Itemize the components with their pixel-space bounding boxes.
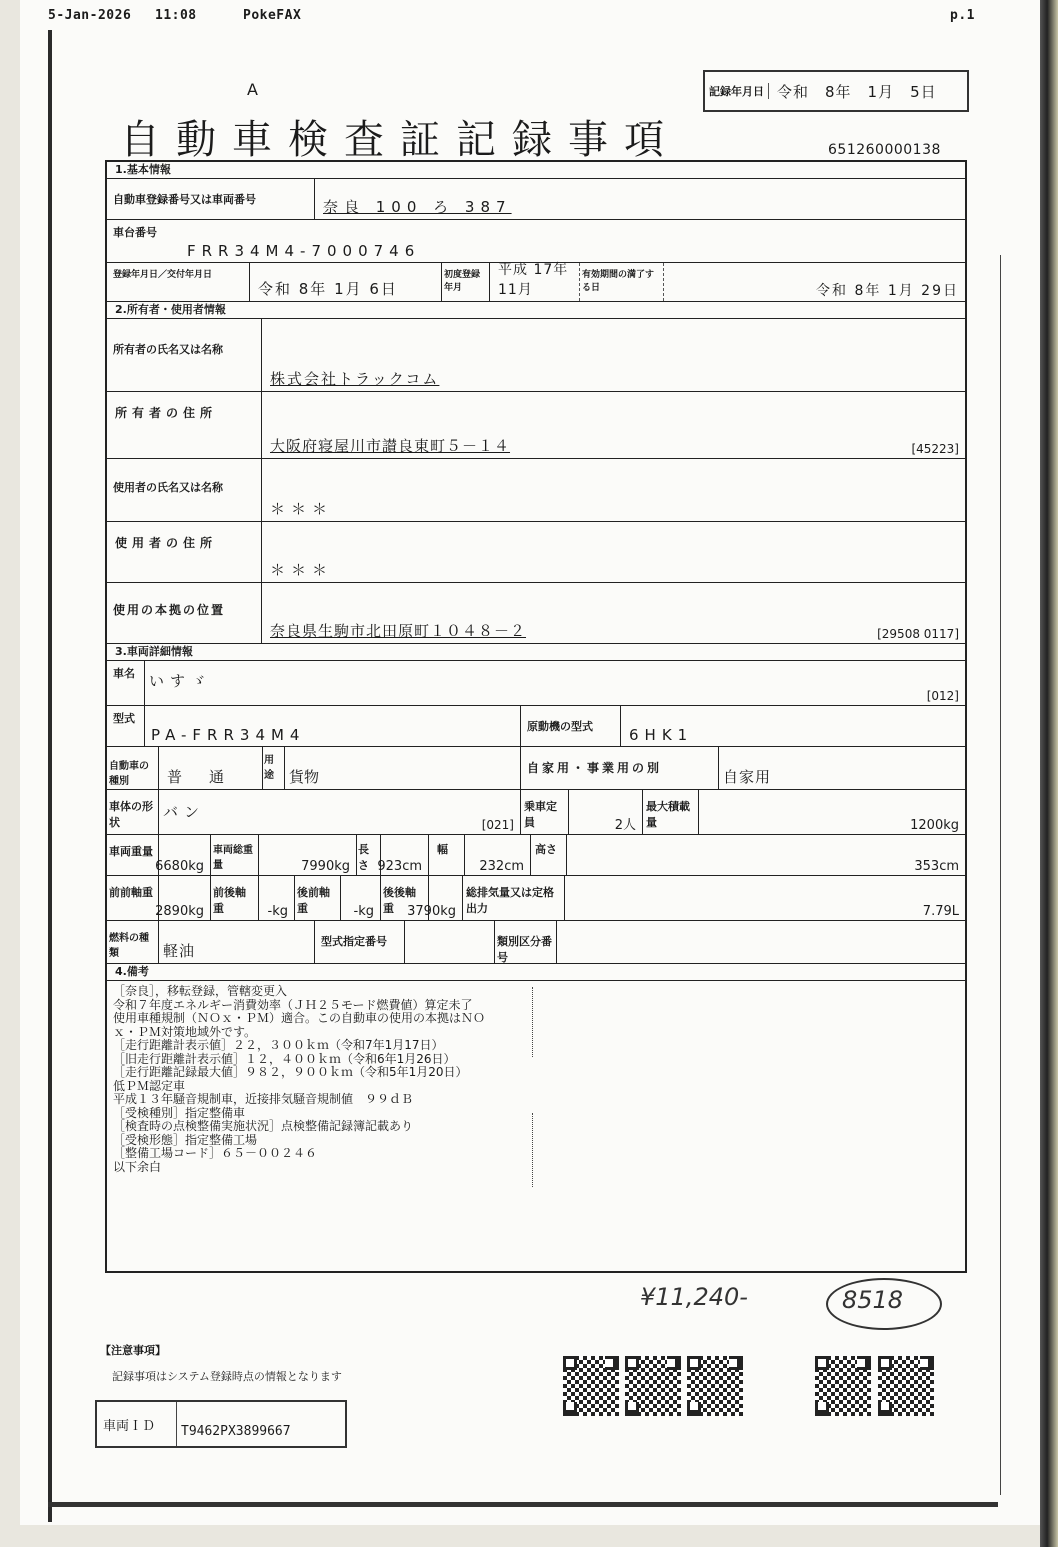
fuel-value: 軽油: [163, 940, 195, 961]
remark-line: 以下余白: [113, 1161, 485, 1175]
weight-size-row: 車両重量 6680kg 車両総重量 7990kg 長さ 923cm 幅 232c…: [107, 835, 965, 876]
remark-line: ［走行距離計表示値］２２，３００ｋｍ（令和7年1月17日）: [113, 1039, 485, 1053]
notes-heading: 【注意事項】: [100, 1342, 166, 1358]
car-name-value: いすゞ: [149, 670, 212, 691]
remark-line: ［検査時の点検整備実施状況］点検整備記録簿記載あり: [113, 1120, 485, 1134]
height-value: 353cm: [914, 859, 959, 874]
owner-address-value: 大阪府寝屋川市讃良東町５－１４: [270, 435, 510, 456]
model-label: 型式: [107, 706, 144, 730]
owner-name-row: 所有者の氏名又は名称 株式会社トラックコム: [107, 319, 965, 392]
private-business-value: 自家用: [723, 766, 771, 787]
remark-line: ｘ・ＰＭ対策地域外です。: [113, 1026, 485, 1040]
engine-value: 6HK1: [629, 726, 693, 744]
fuel-row: 燃料の種類 軽油 型式指定番号 類別区分番号: [107, 921, 965, 964]
base-location-code: [29508 0117]: [877, 627, 959, 641]
user-name-label: 使用者の氏名又は名称: [107, 459, 261, 499]
car-name-code: [012]: [927, 689, 959, 703]
car-name-row: 車名 いすゞ [012]: [107, 661, 965, 706]
first-reg-value: 平成 17年 11月: [498, 259, 579, 299]
handwritten-price: ¥11,240-: [640, 1283, 748, 1311]
class-number-label: 類別区分番号: [495, 921, 556, 977]
section-basic-info-heading: 1.基本情報: [107, 162, 965, 179]
private-business-label: 自家用・事業用の別: [521, 747, 718, 780]
fax-left-border: [48, 30, 52, 1522]
registration-label: 自動車登録番号又は車両番号: [107, 179, 314, 211]
width-value: 232cm: [479, 859, 524, 874]
usage-value: 貨物: [289, 766, 319, 787]
user-address-value: ＊＊＊: [270, 559, 333, 580]
remark-line: ［旧走行距離計表示値］１２，４００ｋｍ（令和6年1月26日）: [113, 1053, 485, 1067]
fax-bottom-border: [48, 1502, 998, 1507]
body-code: [021]: [482, 818, 514, 832]
chassis-value: FRR34M4-7000746: [187, 242, 420, 260]
body-value: バン: [163, 801, 205, 822]
fax-right-line: [1000, 255, 1001, 1495]
body-label: 車体の形状: [107, 790, 158, 838]
max-load-value: 1200kg: [910, 818, 959, 833]
document-number: 651260000138: [828, 142, 941, 158]
fax-time: 11:08: [155, 8, 197, 23]
category-value: 普 通: [167, 766, 230, 787]
handwritten-number: 8518: [842, 1286, 903, 1314]
gross-weight-label: 車両総重量: [211, 835, 258, 877]
remark-line: 令和７年度エネルギー消費効率（ＪＨ２５モード燃費値）算定未了: [113, 999, 485, 1013]
max-load-label: 最大積載量: [643, 790, 698, 838]
user-name-value: ＊＊＊: [270, 498, 333, 519]
base-location-value: 奈良県生駒市北田原町１０４８－２: [270, 620, 526, 641]
vehicle-id-box: 車両ＩＤ T9462PX3899667: [95, 1400, 347, 1448]
remark-line: 使用車種規制（ＮＯｘ・ＰＭ）適合。この自動車の使用の本拠はＮＯ: [113, 1012, 485, 1026]
record-date-value: 令和 8年 1月 5日: [769, 81, 937, 102]
rear-front-axle-value: -kg: [354, 904, 374, 919]
page-number: p.1: [950, 8, 975, 23]
record-date-box: 記録年月日 令和 8年 1月 5日: [703, 70, 969, 112]
remarks-divider-2: [532, 1113, 533, 1187]
type-designation-label: 型式指定番号: [315, 921, 404, 961]
car-name-label: 車名: [107, 661, 144, 685]
first-reg-label: 初度登録年月: [442, 263, 489, 297]
capacity-value: 2人: [615, 814, 636, 833]
height-label: 高さ: [531, 835, 566, 863]
remarks-text: ［奈良］，移転登録，管轄変更入令和７年度エネルギー消費効率（ＪＨ２５モード燃費値…: [113, 985, 485, 1174]
front-rear-axle-label: 前後軸重: [211, 876, 258, 924]
user-name-row: 使用者の氏名又は名称 ＊＊＊: [107, 459, 965, 522]
front-front-axle-label: 前前軸重: [107, 876, 158, 908]
remark-line: ［走行距離記録最大値］９８２，９００ｋｍ（令和5年1月20日）: [113, 1066, 485, 1080]
qr-code-icon: [625, 1356, 681, 1416]
vehicle-id-label: 車両ＩＤ: [97, 1402, 177, 1446]
category-row: 自動車の種別 普 通 用途 貨物 自家用・事業用の別 自家用: [107, 747, 965, 790]
fax-app-name: PokeFAX: [243, 8, 301, 23]
owner-name-label: 所有者の氏名又は名称: [107, 319, 261, 361]
rear-rear-axle-value: 3790kg: [407, 904, 456, 919]
remark-line: 平成１３年騒音規制車，近接排気騒音規制値 ９９ｄＢ: [113, 1093, 485, 1107]
owner-address-label: 所有者の住所: [107, 392, 261, 433]
rear-front-axle-label: 後前軸重: [295, 876, 340, 924]
gross-weight-value: 7990kg: [301, 859, 350, 874]
owner-name-value: 株式会社トラックコム: [270, 368, 439, 389]
qr-code-icon: [563, 1356, 619, 1416]
displacement-label: 総排気量又は定格出力: [463, 876, 564, 924]
capacity-label: 乗車定員: [521, 790, 568, 838]
qr-code-icon: [687, 1356, 743, 1416]
fuel-label: 燃料の種類: [107, 921, 158, 967]
vehicle-id-value: T9462PX3899667: [177, 1402, 295, 1446]
chassis-row: 車台番号 FRR34M4-7000746: [107, 220, 965, 263]
expiry-label: 有効期間の満了する日: [580, 263, 663, 297]
weight-value: 6680kg: [155, 859, 204, 874]
base-location-row: 使用の本拠の位置 奈良県生駒市北田原町１０４８－２ [29508 0117]: [107, 583, 965, 643]
page-edge-shadow: [1040, 0, 1058, 1547]
length-value: 923cm: [377, 859, 422, 874]
remark-line: ［整備工場コード］６５－００２４６: [113, 1147, 485, 1161]
weight-label: 車両重量: [107, 835, 158, 867]
front-rear-axle-value: -kg: [268, 904, 288, 919]
registration-value: 奈良 100 ろ 387: [323, 196, 512, 217]
expiry-value: 令和 8年 1月 29日: [816, 280, 959, 300]
registration-row: 自動車登録番号又は車両番号 奈良 100 ろ 387: [107, 179, 965, 220]
fax-date: 5-Jan-2026: [48, 8, 131, 23]
chassis-label: 車台番号: [107, 220, 965, 244]
dates-row: 登録年月日／交付年月日 令和 8年 1月 6日 初度登録年月 平成 17年 11…: [107, 263, 965, 302]
notes-text: 記録事項はシステム登録時点の情報となります: [112, 1368, 342, 1384]
remarks-box: ［奈良］，移転登録，管轄変更入令和７年度エネルギー消費効率（ＪＨ２５モード燃費値…: [107, 981, 965, 1273]
displacement-value: 7.79L: [923, 904, 959, 919]
section-owner-user-heading: 2.所有者・使用者情報: [107, 302, 965, 319]
remark-line: ［受検種別］指定整備車: [113, 1107, 485, 1121]
issue-date-label: 登録年月日／交付年月日: [107, 263, 249, 284]
qr-code-icon: [878, 1356, 934, 1416]
width-label: 幅: [429, 835, 464, 863]
engine-label: 原動機の型式: [521, 706, 620, 738]
remark-line: ［受検形態］指定整備工場: [113, 1134, 485, 1148]
user-address-row: 使用者の住所 ＊＊＊: [107, 522, 965, 583]
axle-row: 前前軸重 2890kg 前後軸重 -kg 後前軸重 -kg 後後軸重 3790k…: [107, 876, 965, 921]
document-title: 自動車検査証記録事項: [120, 108, 680, 165]
section-vehicle-detail-heading: 3.車両詳細情報: [107, 643, 965, 661]
model-row: 型式 PA-FRR34M4 原動機の型式 6HK1: [107, 706, 965, 747]
base-location-label: 使用の本拠の位置: [107, 583, 261, 622]
form-mark: A: [247, 80, 258, 99]
body-row: 車体の形状 バン [021] 乗車定員 2人 最大積載量 1200kg: [107, 790, 965, 835]
model-value: PA-FRR34M4: [151, 726, 305, 744]
user-address-label: 使用者の住所: [107, 522, 261, 563]
qr-code-icon: [815, 1356, 871, 1416]
remark-line: 低ＰＭ認定車: [113, 1080, 485, 1094]
front-front-axle-value: 2890kg: [155, 904, 204, 919]
owner-address-code: [45223]: [911, 442, 959, 456]
issue-date-value: 令和 8年 1月 6日: [258, 278, 398, 299]
inspection-record-form: 1.基本情報 自動車登録番号又は車両番号 奈良 100 ろ 387 車台番号 F…: [105, 160, 967, 1273]
remarks-divider: [532, 987, 533, 1057]
remark-line: ［奈良］，移転登録，管轄変更入: [113, 985, 485, 999]
usage-label: 用途: [263, 747, 284, 785]
owner-address-row: 所有者の住所 大阪府寝屋川市讃良東町５－１４ [45223]: [107, 392, 965, 459]
record-date-label: 記録年月日: [705, 83, 769, 99]
